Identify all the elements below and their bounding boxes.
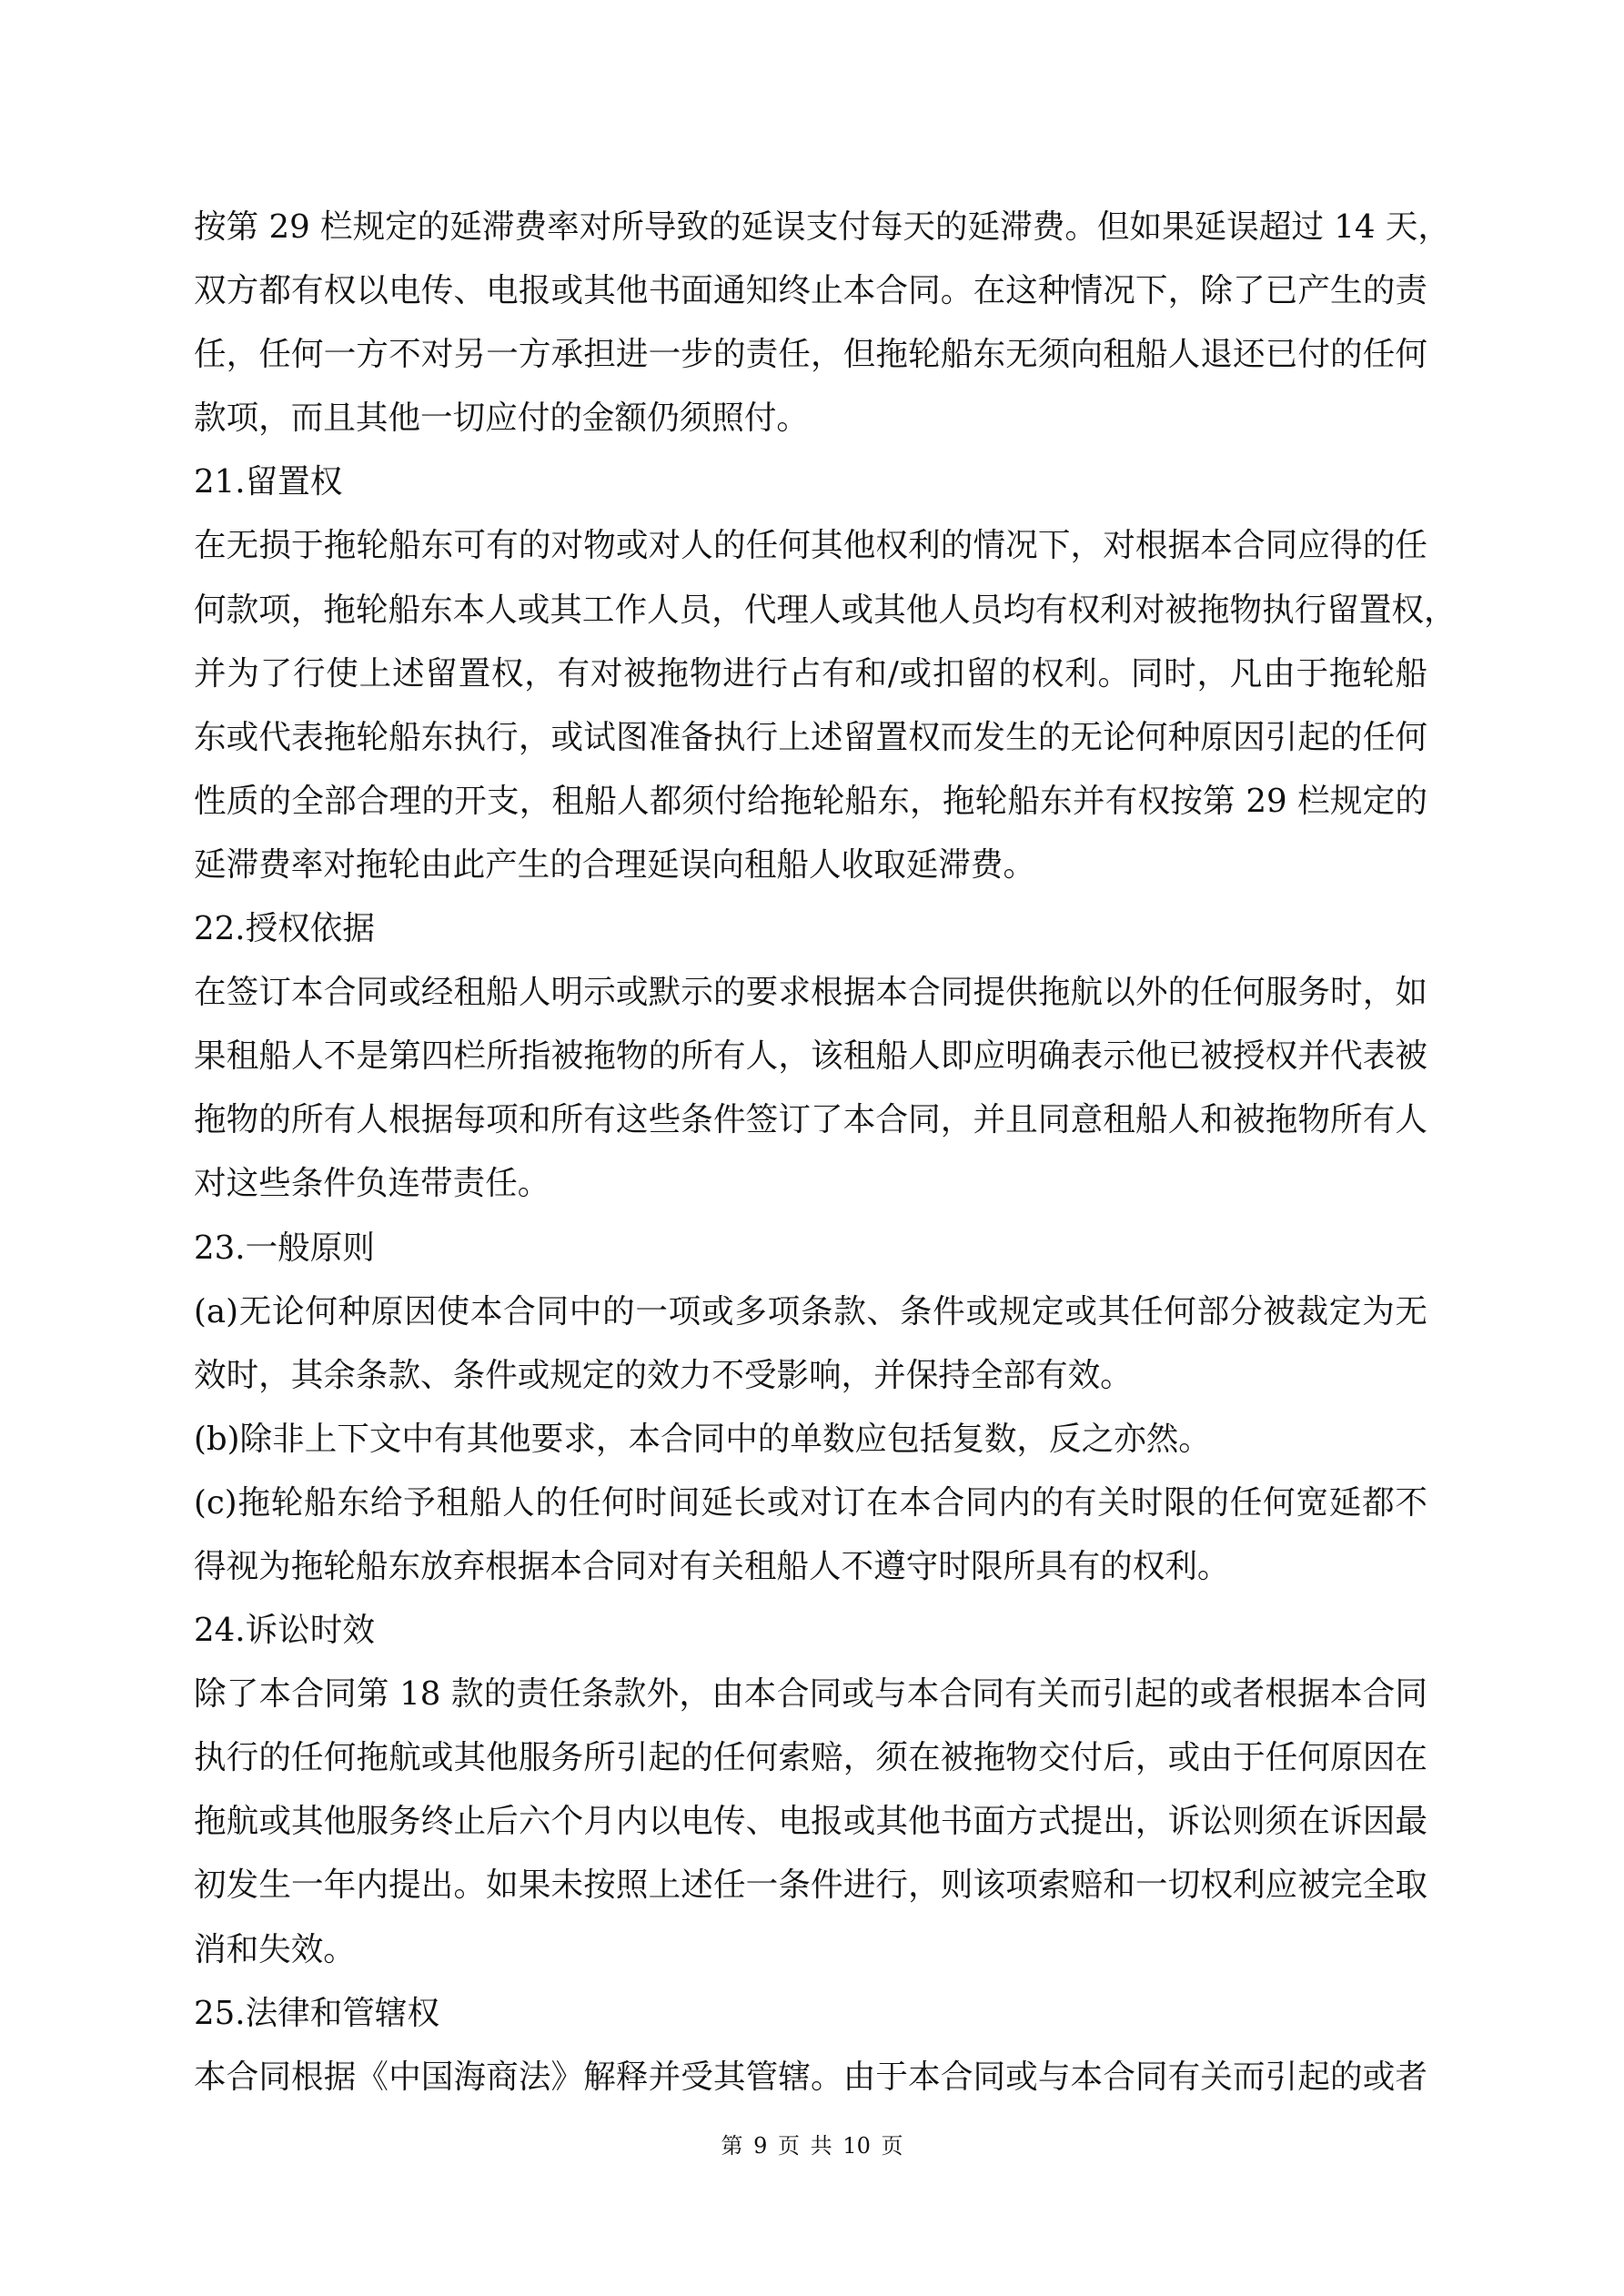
body-line: 在无损于拖轮船东可有的对物或对人的任何其他权利的情况下，对根据本合同应得的任 xyxy=(194,514,1427,578)
body-line: (a)无论何种原因使本合同中的一项或多项条款、条件或规定或其任何部分被裁定为无 xyxy=(194,1280,1427,1344)
clause-heading: 21.留置权 xyxy=(194,450,1427,514)
body-line: 效时，其余条款、条件或规定的效力不受影响，并保持全部有效。 xyxy=(194,1344,1427,1408)
body-line: 并为了行使上述留置权，有对被拖物进行占有和/或扣留的权利。同时，凡由于拖轮船 xyxy=(194,642,1427,706)
body-line: 对这些条件负连带责任。 xyxy=(194,1152,1427,1216)
clause-24-time-bar: 24.诉讼时效 除了本合同第 18 款的责任条款外，由本合同或与本合同有关而引起… xyxy=(194,1599,1427,1982)
body-line: 款项，而且其他一切应付的金额仍须照付。 xyxy=(194,387,1427,450)
body-line: 延滞费率对拖轮由此产生的合理延误向租船人收取延滞费。 xyxy=(194,834,1427,897)
paragraph-continuation: 按第 29 栏规定的延滞费率对所导致的延误支付每天的延滞费。但如果延误超过 14… xyxy=(194,196,1427,450)
body-line: 果租船人不是第四栏所指被拖物的所有人，该租船人即应明确表示他已被授权并代表被 xyxy=(194,1025,1427,1088)
body-line: 在签订本合同或经租船人明示或默示的要求根据本合同提供拖航以外的任何服务时，如 xyxy=(194,961,1427,1025)
page-number-footer: 第 9 页 共 10 页 xyxy=(0,2129,1624,2162)
body-line: 执行的任何拖航或其他服务所引起的任何索赔，须在被拖物交付后，或由于任何原因在 xyxy=(194,1726,1427,1790)
body-line: 何款项，拖轮船东本人或其工作人员，代理人或其他人员均有权利对被拖物执行留置权， xyxy=(194,579,1427,642)
clause-heading: 22.授权依据 xyxy=(194,897,1427,961)
clause-25-law-jurisdiction: 25.法律和管辖权 本合同根据《中国海商法》解释并受其管辖。由于本合同或与本合同… xyxy=(194,1982,1427,2109)
body-line: 除了本合同第 18 款的责任条款外，由本合同或与本合同有关而引起的或者根据本合同 xyxy=(194,1663,1427,1726)
body-line: 本合同根据《中国海商法》解释并受其管辖。由于本合同或与本合同有关而引起的或者 xyxy=(194,2046,1427,2109)
body-line: (c)拖轮船东给予租船人的任何时间延长或对订在本合同内的有关时限的任何宽延都不 xyxy=(194,1472,1427,1535)
clause-heading: 23.一般原则 xyxy=(194,1217,1427,1280)
body-line: 任，任何一方不对另一方承担进一步的责任，但拖轮船东无须向租船人退还已付的任何 xyxy=(194,323,1427,387)
clause-heading: 25.法律和管辖权 xyxy=(194,1982,1427,2046)
clause-22-authority: 22.授权依据 在签订本合同或经租船人明示或默示的要求根据本合同提供拖航以外的任… xyxy=(194,897,1427,1216)
body-line: 按第 29 栏规定的延滞费率对所导致的延误支付每天的延滞费。但如果延误超过 14… xyxy=(194,196,1427,259)
body-line: 性质的全部合理的开支，租船人都须付给拖轮船东，拖轮船东并有权按第 29 栏规定的 xyxy=(194,770,1427,834)
body-line: (b)除非上下文中有其他要求，本合同中的单数应包括复数，反之亦然。 xyxy=(194,1408,1427,1472)
body-line: 消和失效。 xyxy=(194,1918,1427,1982)
document-page: 按第 29 栏规定的延滞费率对所导致的延误支付每天的延滞费。但如果延误超过 14… xyxy=(194,196,1427,2109)
body-line: 拖航或其他服务终止后六个月内以电传、电报或其他书面方式提出，诉讼则须在诉因最 xyxy=(194,1790,1427,1854)
clause-21-lien: 21.留置权 在无损于拖轮船东可有的对物或对人的任何其他权利的情况下，对根据本合… xyxy=(194,450,1427,897)
clause-heading: 24.诉讼时效 xyxy=(194,1599,1427,1663)
body-line: 东或代表拖轮船东执行，或试图准备执行上述留置权而发生的无论何种原因引起的任何 xyxy=(194,706,1427,770)
clause-23-general: 23.一般原则 (a)无论何种原因使本合同中的一项或多项条款、条件或规定或其任何… xyxy=(194,1217,1427,1600)
body-line: 双方都有权以电传、电报或其他书面通知终止本合同。在这种情况下，除了已产生的责 xyxy=(194,259,1427,323)
body-line: 得视为拖轮船东放弃根据本合同对有关租船人不遵守时限所具有的权利。 xyxy=(194,1535,1427,1599)
body-line: 初发生一年内提出。如果未按照上述任一条件进行，则该项索赔和一切权利应被完全取 xyxy=(194,1854,1427,1917)
body-line: 拖物的所有人根据每项和所有这些条件签订了本合同，并且同意租船人和被拖物所有人 xyxy=(194,1088,1427,1152)
